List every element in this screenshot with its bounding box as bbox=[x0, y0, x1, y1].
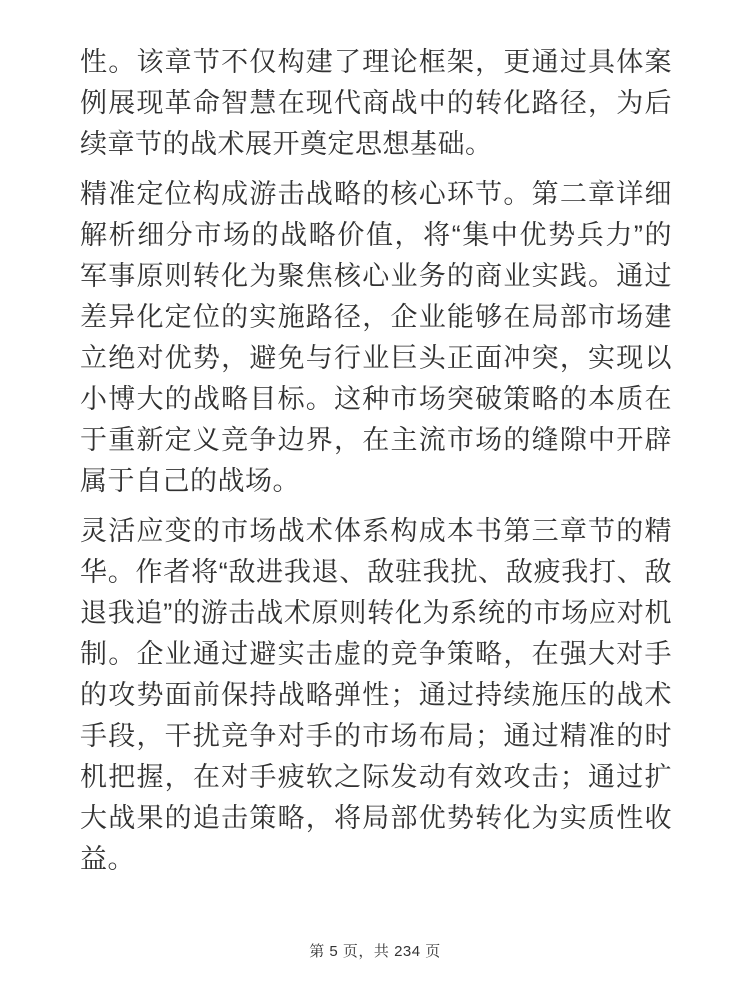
body-paragraph-1: 性。该章节不仅构建了理论框架，更通过具体案例展现革命智慧在现代商战中的转化路径，… bbox=[80, 42, 672, 165]
document-page: 性。该章节不仅构建了理论框架，更通过具体案例展现革命智慧在现代商战中的转化路径，… bbox=[0, 0, 750, 1000]
body-paragraph-2: 精准定位构成游击战略的核心环节。第二章详细解析细分市场的战略价值，将“集中优势兵… bbox=[80, 174, 672, 502]
body-paragraph-3: 灵活应变的市场战术体系构成本书第三章节的精华。作者将“敌进我退、敌驻我扰、敌疲我… bbox=[80, 511, 672, 880]
page-text-content: 性。该章节不仅构建了理论框架，更通过具体案例展现革命智慧在现代商战中的转化路径，… bbox=[80, 42, 672, 889]
page-number-indicator: 第 5 页，共 234 页 bbox=[309, 943, 441, 960]
page-footer: 第 5 页，共 234 页 bbox=[0, 942, 750, 962]
